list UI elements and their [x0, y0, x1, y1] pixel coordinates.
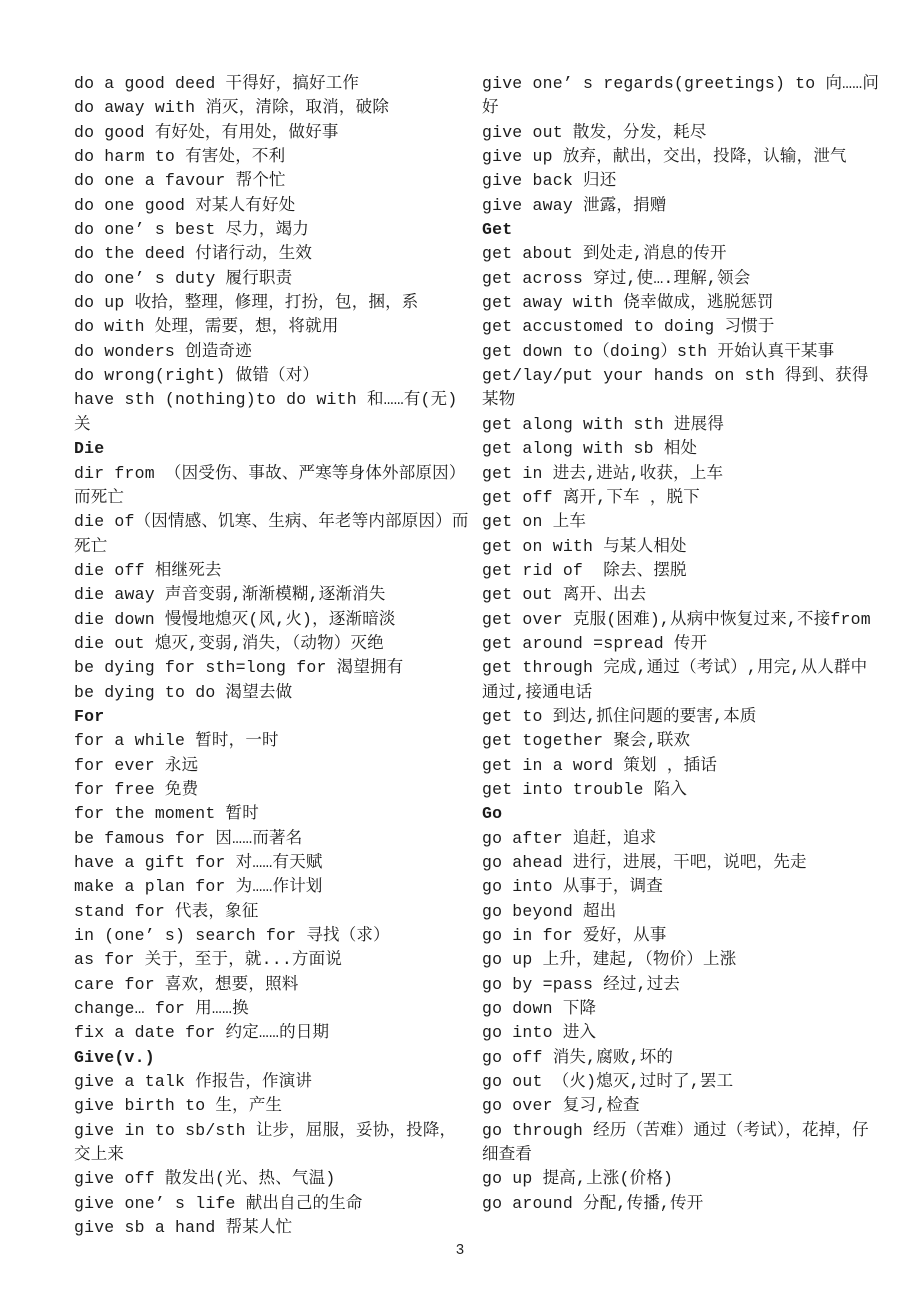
phrase-entry: give back 归还: [482, 169, 880, 193]
phrase-entry: stand for 代表，象征: [74, 900, 472, 924]
phrase-entry: get to 到达,抓住问题的要害,本质: [482, 705, 880, 729]
phrase-entry: get out 离开、出去: [482, 583, 880, 607]
phrase-entry: give up 放弃，献出，交出，投降，认输，泄气: [482, 145, 880, 169]
phrase-entry: do away with 消灭，清除，取消，破除: [74, 96, 472, 120]
phrase-entry: get into trouble 陷入: [482, 778, 880, 802]
phrase-entry: get in a word 策划 ，插话: [482, 754, 880, 778]
phrase-entry: give in to sb/sth 让步，屈服，妥协，投降，交上来: [74, 1119, 472, 1168]
page-number: 3: [0, 1243, 920, 1259]
phrase-entry: do a good deed 干得好，搞好工作: [74, 72, 472, 96]
phrase-entry: die away 声音变弱,渐渐模糊,逐渐消失: [74, 583, 472, 607]
phrase-entry: for the moment 暂时: [74, 802, 472, 826]
phrase-entry: go by =pass 经过,过去: [482, 973, 880, 997]
phrase-entry: go out （火)熄灭,过时了,罢工: [482, 1070, 880, 1094]
phrase-entry: get off 离开,下车 ，脱下: [482, 486, 880, 510]
phrase-entry: have sth (nothing)to do with 和……有(无)关: [74, 388, 472, 437]
phrase-entry: go off 消失,腐败,坏的: [482, 1046, 880, 1070]
phrase-entry: be famous for 因……而著名: [74, 827, 472, 851]
phrase-entry: go down 下降: [482, 997, 880, 1021]
phrase-entry: do good 有好处，有用处，做好事: [74, 121, 472, 145]
phrase-entry: get together 聚会,联欢: [482, 729, 880, 753]
section-heading: Get: [482, 218, 880, 242]
phrase-entry: die down 慢慢地熄灭(风,火)，逐渐暗淡: [74, 608, 472, 632]
page-body: do a good deed 干得好，搞好工作do away with 消灭，清…: [74, 72, 880, 1241]
phrase-entry: give off 散发出(光、热、气温): [74, 1167, 472, 1191]
phrase-entry: do wonders 创造奇迹: [74, 340, 472, 364]
phrase-entry: do one good 对某人有好处: [74, 194, 472, 218]
phrase-entry: get about 到处走,消息的传开: [482, 242, 880, 266]
phrase-entry: change… for 用……换: [74, 997, 472, 1021]
phrase-entry: go around 分配,传播,传开: [482, 1192, 880, 1216]
phrase-entry: go into 从事于，调查: [482, 875, 880, 899]
phrase-entry: get across 穿过,使….理解,领会: [482, 267, 880, 291]
section-heading: For: [74, 705, 472, 729]
phrase-entry: give birth to 生，产生: [74, 1094, 472, 1118]
phrase-entry: go ahead 进行，进展，干吧，说吧，先走: [482, 851, 880, 875]
phrase-entry: for free 免费: [74, 778, 472, 802]
phrase-entry: be dying for sth=long for 渴望拥有: [74, 656, 472, 680]
phrase-entry: go after 追赶，追求: [482, 827, 880, 851]
phrase-entry: do wrong(right) 做错（对）: [74, 364, 472, 388]
phrase-entry: get through 完成,通过（考试）,用完,从人群中通过,接通电话: [482, 656, 880, 705]
phrase-list-right-column: give one’ s regards(greetings) to 向……问好g…: [482, 72, 880, 1241]
phrase-entry: die off 相继死去: [74, 559, 472, 583]
phrase-entry: get along with sb 相处: [482, 437, 880, 461]
phrase-entry: give one’ s life 献出自己的生命: [74, 1192, 472, 1216]
phrase-entry: get around =spread 传开: [482, 632, 880, 656]
phrase-entry: give one’ s regards(greetings) to 向……问好: [482, 72, 880, 121]
phrase-entry: die out 熄灭,变弱,消失，（动物）灭绝: [74, 632, 472, 656]
section-heading: Give(v.): [74, 1046, 472, 1070]
phrase-entry: get in 进去,进站,收获，上车: [482, 462, 880, 486]
phrase-entry: do harm to 有害处，不利: [74, 145, 472, 169]
phrase-entry: go through 经历（苦难）通过（考试），花掉，仔细查看: [482, 1119, 880, 1168]
phrase-entry: for ever 永远: [74, 754, 472, 778]
phrase-entry: go over 复习,检查: [482, 1094, 880, 1118]
phrase-entry: make a plan for 为……作计划: [74, 875, 472, 899]
phrase-entry: give sb a hand 帮某人忙: [74, 1216, 472, 1240]
phrase-entry: get down to（doing）sth 开始认真干某事: [482, 340, 880, 364]
phrase-entry: get rid of 除去、摆脱: [482, 559, 880, 583]
phrase-entry: do with 处理，需要，想，将就用: [74, 315, 472, 339]
phrase-entry: dir from （因受伤、事故、严寒等身体外部原因）而死亡: [74, 462, 472, 511]
phrase-entry: get over 克服(困难),从病中恢复过来,不接from: [482, 608, 880, 632]
phrase-entry: get on with 与某人相处: [482, 535, 880, 559]
phrase-entry: go up 提高,上涨(价格): [482, 1167, 880, 1191]
phrase-entry: get away with 侥幸做成，逃脱惩罚: [482, 291, 880, 315]
phrase-entry: give a talk 作报告，作演讲: [74, 1070, 472, 1094]
phrase-entry: get/lay/put your hands on sth 得到、获得某物: [482, 364, 880, 413]
phrase-entry: go into 进入: [482, 1021, 880, 1045]
phrase-entry: have a gift for 对……有天赋: [74, 851, 472, 875]
phrase-entry: be dying to do 渴望去做: [74, 681, 472, 705]
phrase-entry: do one’ s duty 履行职责: [74, 267, 472, 291]
phrase-entry: care for 喜欢，想要，照料: [74, 973, 472, 997]
phrase-entry: for a while 暂时，一时: [74, 729, 472, 753]
section-heading: Go: [482, 802, 880, 826]
phrase-entry: in (one’ s) search for 寻找（求）: [74, 924, 472, 948]
phrase-entry: do up 收拾，整理，修理，打扮，包，捆，系: [74, 291, 472, 315]
phrase-entry: go in for 爱好，从事: [482, 924, 880, 948]
phrase-entry: get accustomed to doing 习惯于: [482, 315, 880, 339]
document-page: do a good deed 干得好，搞好工作do away with 消灭，清…: [0, 0, 920, 1302]
phrase-entry: get on 上车: [482, 510, 880, 534]
phrase-entry: go beyond 超出: [482, 900, 880, 924]
phrase-entry: do the deed 付诸行动，生效: [74, 242, 472, 266]
section-heading: Die: [74, 437, 472, 461]
phrase-entry: do one’ s best 尽力，竭力: [74, 218, 472, 242]
phrase-entry: give away 泄露，捐赠: [482, 194, 880, 218]
phrase-entry: as for 关于，至于，就...方面说: [74, 948, 472, 972]
phrase-entry: fix a date for 约定……的日期: [74, 1021, 472, 1045]
phrase-entry: do one a favour 帮个忙: [74, 169, 472, 193]
phrase-list-left-column: do a good deed 干得好，搞好工作do away with 消灭，清…: [74, 72, 472, 1241]
phrase-entry: get along with sth 进展得: [482, 413, 880, 437]
phrase-entry: die of（因情感、饥寒、生病、年老等内部原因）而死亡: [74, 510, 472, 559]
phrase-entry: go up 上升，建起,（物价）上涨: [482, 948, 880, 972]
phrase-entry: give out 散发，分发，耗尽: [482, 121, 880, 145]
